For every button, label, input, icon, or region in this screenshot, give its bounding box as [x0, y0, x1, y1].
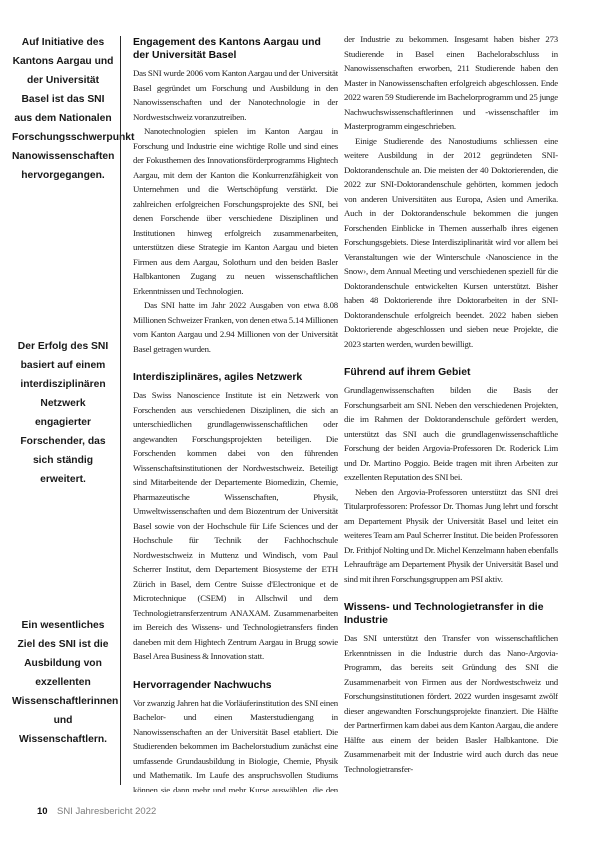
body-paragraph: Nanotechnologien spielen im Kanton Aarga… — [133, 124, 338, 298]
section-heading: Interdisziplinäres, agiles Netzwerk — [133, 371, 338, 384]
body-paragraph: Vor zwanzig Jahren hat die Vorläuferinst… — [133, 696, 338, 793]
column-divider-rule — [120, 36, 121, 785]
page-footer: 10 SNI Jahresbericht 2022 — [0, 806, 600, 826]
body-paragraph: Einige Studierende des Nanostudiums schl… — [344, 134, 558, 352]
body-paragraph: Das SNI hatte im Jahr 2022 Ausgaben von … — [133, 298, 338, 356]
section-heading: Hervorragender Nachwuchs — [133, 679, 338, 692]
body-paragraph: Grundlagenwissenschaften bilden die Basi… — [344, 383, 558, 485]
body-paragraph: Das Swiss Nanoscience Institute ist ein … — [133, 388, 338, 664]
page-number: 10 — [37, 806, 48, 817]
body-paragraph: Neben den Argovia-Professoren unterstütz… — [344, 485, 558, 587]
body-paragraph: der Industrie zu bekommen. Insgesamt hab… — [344, 32, 558, 134]
margin-note: Auf Initiative des Kantons Aargau und de… — [12, 33, 114, 185]
right-text-column: der Industrie zu bekommen. Insgesamt hab… — [344, 32, 558, 792]
section-heading: Wissens- und Technologietransfer in die … — [344, 601, 558, 627]
margin-note: Ein wesentliches Ziel des SNI ist die Au… — [12, 616, 114, 749]
body-paragraph: Das SNI wurde 2006 vom Kanton Aargau und… — [133, 66, 338, 124]
report-page: Auf Initiative des Kantons Aargau und de… — [0, 0, 600, 848]
document-title: SNI Jahresbericht 2022 — [57, 806, 156, 817]
section-heading: Engagement des Kantons Aargau und der Un… — [133, 36, 338, 62]
section-heading: Führend auf ihrem Gebiet — [344, 366, 558, 379]
middle-text-column: Engagement des Kantons Aargau und der Un… — [133, 32, 338, 792]
margin-note: Der Erfolg des SNI basiert auf einem int… — [12, 337, 114, 489]
body-paragraph: Das SNI unterstützt den Transfer von wis… — [344, 631, 558, 776]
